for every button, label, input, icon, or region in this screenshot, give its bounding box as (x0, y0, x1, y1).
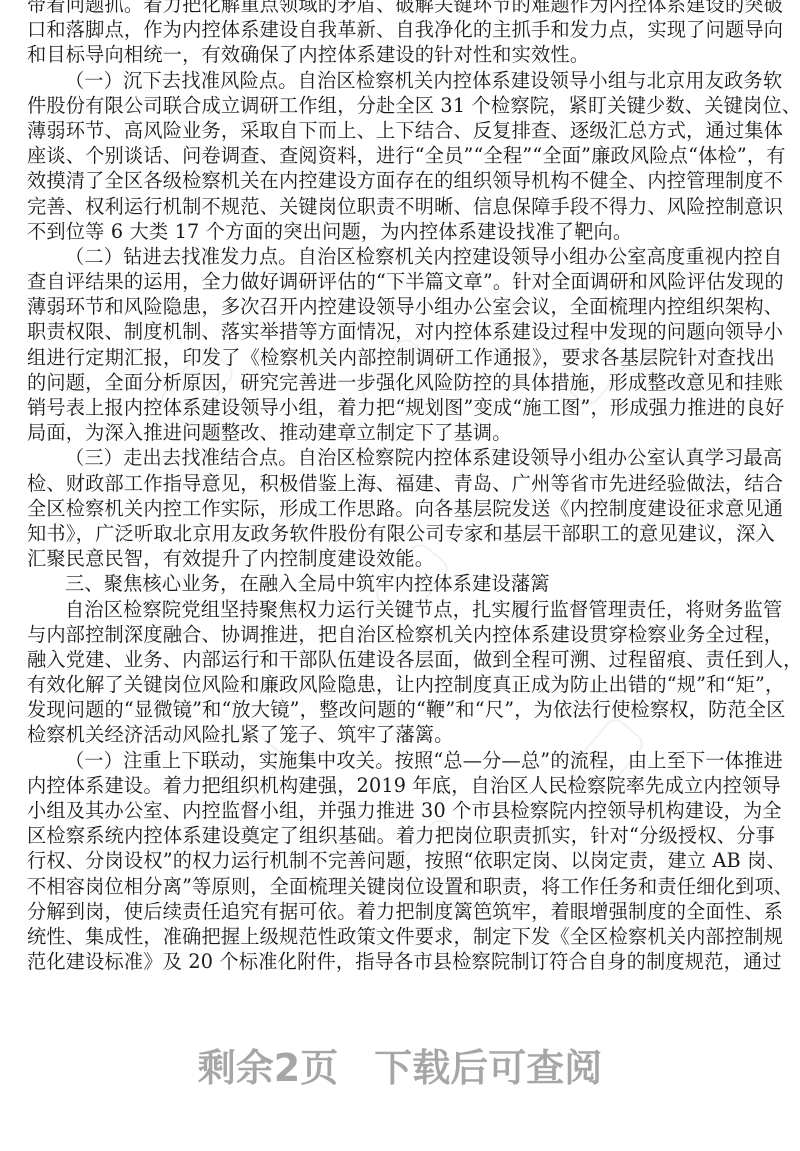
text-line: 三、聚焦核心业务，在融入全局中筑牢内控体系建设藩篱 (27, 571, 775, 596)
text-line: 带着问题抓。着力把化解重点领域的矛盾、破解关键环节的难题作为内控体系建设的突破 (27, 0, 775, 17)
download-hint-label: 下载后可查阅 (374, 1046, 602, 1090)
text-line: 件股份有限公司联合成立调研工作组，分赴全区 31 个检察院，紧盯关键少数、关键岗… (27, 93, 775, 118)
text-line: （二）钻进去找准发力点。自治区检察机关内控建设领导小组办公室高度重视内控自 (27, 244, 775, 269)
document-page: 带着问题抓。着力把化解重点领域的矛盾、破解关键环节的难题作为内控体系建设的突破口… (27, 0, 775, 974)
text-line: 发现问题的“显微镜”和“放大镜”，整改问题的“鞭”和“尺”，为依法行使检察权，防… (27, 697, 775, 722)
text-line: 组进行定期汇报，印发了《检察机关内部控制调研工作通报》，要求各基层院针对查找出 (27, 345, 775, 370)
remaining-pages-banner[interactable]: 剩余2页下载后可查阅 (0, 1043, 800, 1093)
text-line: 和目标导向相统一，有效确保了内控体系建设的针对性和实效性。 (27, 42, 775, 67)
text-line: 融入党建、业务、内部运行和干部队伍建设各层面，做到全程可溯、过程留痕、责任到人， (27, 647, 775, 672)
text-line: 与内部控制深度融合、协调推进，把自治区检察机关内控体系建设贯穿检察业务全过程， (27, 622, 775, 647)
text-line: 行权、分岗设权”的权力运行机制不完善问题，按照“依职定岗、以岗定责，建立 AB … (27, 848, 775, 873)
text-line: 范化建设标准》及 20 个标准化附件，指导各市县检察院制订符合自身的制度规范，通… (27, 949, 775, 974)
text-line: 内控体系建设。着力把组织机构建强，2019 年底，自治区人民检察院率先成立内控领… (27, 773, 775, 798)
text-line: 的问题，全面分析原因，研究完善进一步强化风险防控的具体措施，形成整改意见和挂账 (27, 370, 775, 395)
text-line: 薄弱环节、高风险业务，采取自下而上、上下结合、反复排查、逐级汇总方式，通过集体 (27, 118, 775, 143)
text-line: 检、财政部工作指导意见，积极借鉴上海、福建、青岛、广州等省市先进经验做法，结合 (27, 471, 775, 496)
text-line: 汇聚民意民智，有效提升了内控制度建设效能。 (27, 546, 775, 571)
text-line: 自治区检察院党组坚持聚焦权力运行关键节点，扎实履行监督管理责任，将财务监管 (27, 597, 775, 622)
text-line: 效摸清了全区各级检察机关在内控建设方面存在的组织领导机构不健全、内控管理制度不 (27, 168, 775, 193)
text-line: 销号表上报内控体系建设领导小组，着力把“规划图”变成“施工图”，形成强力推进的良… (27, 395, 775, 420)
remaining-pages-label: 剩余2页 (198, 1046, 338, 1090)
text-line: 完善、权利运行机制不规范、关键岗位职责不明晰、信息保障手段不得力、风险控制意识 (27, 194, 775, 219)
text-line: 分解到岗，使后续责任追究有据可依。着力把制度篱笆筑牢，着眼增强制度的全面性、系 (27, 899, 775, 924)
text-line: 查自评结果的运用，全力做好调研评估的“下半篇文章”。针对全面调研和风险评估发现的 (27, 269, 775, 294)
text-line: 薄弱环节和风险隐患，多次召开内控建设领导小组办公室会议，全面梳理内控组织架构、 (27, 294, 775, 319)
text-line: 局面，为深入推进问题整改、推动建章立制定下了基调。 (27, 420, 775, 445)
text-line: 区检察系统内控体系建设奠定了组织基础。着力把岗位职责抓实，针对“分级授权、分事 (27, 823, 775, 848)
text-line: 全区检察机关内控工作实际，形成工作思路。向各基层院发送《内控制度建设征求意见通 (27, 496, 775, 521)
text-line: 小组及其办公室、内控监督小组，并强力推进 30 个市县检察院内控领导机构建设，为… (27, 798, 775, 823)
text-line: 职责权限、制度机制、落实举措等方面情况，对内控体系建设过程中发现的问题向领导小 (27, 319, 775, 344)
text-line: 座谈、个别谈话、问卷调查、查阅资料，进行“全员”“全程”“全面”廉政风险点“体检… (27, 143, 775, 168)
text-line: 统性、集成性，准确把握上级规范性政策文件要求，制定下发《全区检察机关内部控制规 (27, 924, 775, 949)
text-line: （一）沉下去找准风险点。自治区检察机关内控体系建设领导小组与北京用友政务软 (27, 68, 775, 93)
text-line: （三）走出去找准结合点。自治区检察院内控体系建设领导小组办公室认真学习最高 (27, 445, 775, 470)
text-line: 不到位等 6 大类 17 个方面的突出问题，为内控体系建设找准了靶向。 (27, 219, 775, 244)
text-line: 检察机关经济活动风险扎紧了笼子、筑牢了藩篱。 (27, 722, 775, 747)
text-line: 不相容岗位相分离”等原则，全面梳理关键岗位设置和职责，将工作任务和责任细化到项、 (27, 874, 775, 899)
text-line: 有效化解了关键岗位风险和廉政风险隐患，让内控制度真正成为防止出错的“规”和“矩”… (27, 672, 775, 697)
text-line: 口和落脚点，作为内控体系建设自我革新、自我净化的主抓手和发力点，实现了问题导向 (27, 17, 775, 42)
text-line: 知书》，广泛听取北京用友政务软件股份有限公司专家和基层干部职工的意见建议，深入 (27, 521, 775, 546)
text-line: （一）注重上下联动，实施集中攻关。按照“总—分—总”的流程，由上至下一体推进 (27, 748, 775, 773)
